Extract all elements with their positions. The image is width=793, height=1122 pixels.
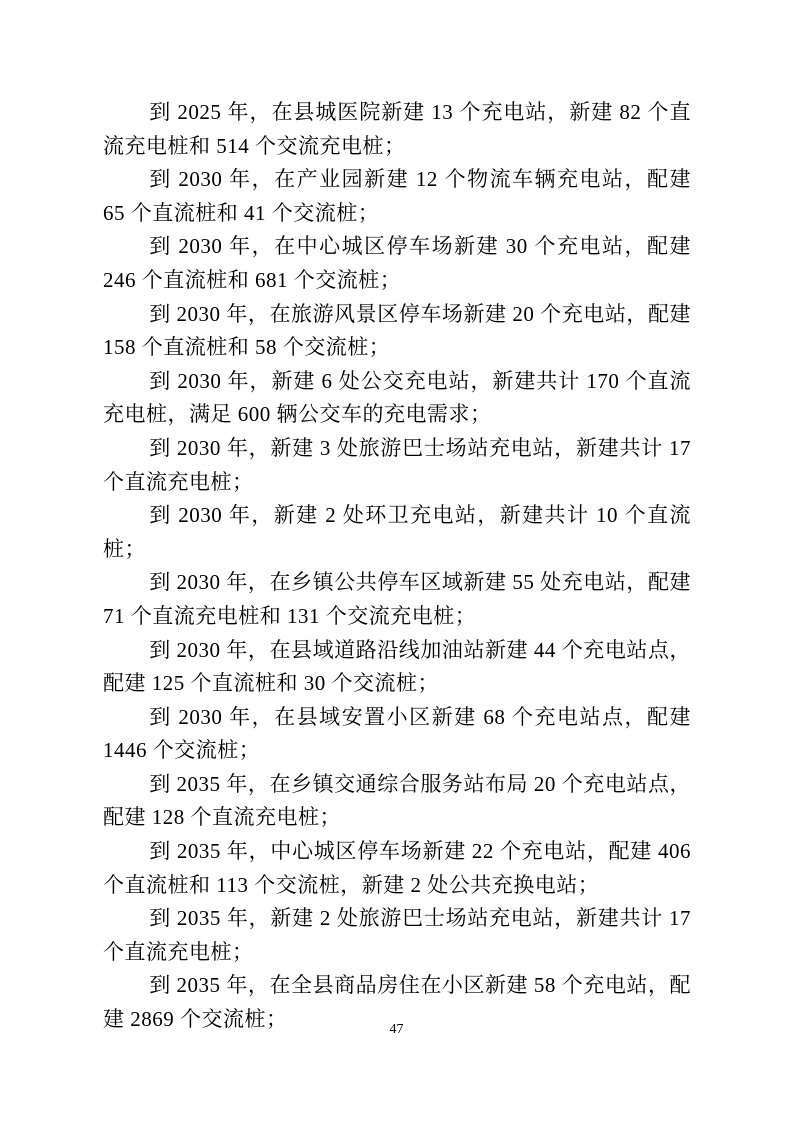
paragraph: 到 2030 年，在产业园新建 12 个物流车辆充电站，配建 65 个直流桩和 … — [103, 163, 691, 230]
document-page: 到 2025 年，在县城医院新建 13 个充电站，新建 82 个直流充电桩和 5… — [0, 0, 793, 1122]
paragraph: 到 2030 年，新建 3 处旅游巴士场站充电站，新建共计 17 个直流充电桩； — [103, 432, 691, 499]
paragraph: 到 2030 年，在县域道路沿线加油站新建 44 个充电站点，配建 125 个直… — [103, 634, 691, 701]
paragraph: 到 2030 年，在乡镇公共停车区域新建 55 处充电站，配建 71 个直流充电… — [103, 566, 691, 633]
paragraph: 到 2030 年，在旅游风景区停车场新建 20 个充电站，配建 158 个直流桩… — [103, 298, 691, 365]
paragraph: 到 2030 年，在县域安置小区新建 68 个充电站点，配建 1446 个交流桩… — [103, 701, 691, 768]
paragraph: 到 2030 年，新建 6 处公交充电站，新建共计 170 个直流充电桩，满足 … — [103, 365, 691, 432]
paragraph: 到 2030 年，新建 2 处环卫充电站，新建共计 10 个直流桩； — [103, 499, 691, 566]
paragraph: 到 2030 年，在中心城区停车场新建 30 个充电站，配建 246 个直流桩和… — [103, 230, 691, 297]
page-number: 47 — [0, 1022, 793, 1038]
paragraph: 到 2035 年，新建 2 处旅游巴士场站充电站，新建共计 17 个直流充电桩； — [103, 902, 691, 969]
paragraph: 到 2035 年，在乡镇交通综合服务站布局 20 个充电站点，配建 128 个直… — [103, 768, 691, 835]
paragraph: 到 2025 年，在县城医院新建 13 个充电站，新建 82 个直流充电桩和 5… — [103, 96, 691, 163]
document-body: 到 2025 年，在县城医院新建 13 个充电站，新建 82 个直流充电桩和 5… — [103, 96, 691, 1037]
paragraph: 到 2035 年，中心城区停车场新建 22 个充电站，配建 406 个直流桩和 … — [103, 835, 691, 902]
